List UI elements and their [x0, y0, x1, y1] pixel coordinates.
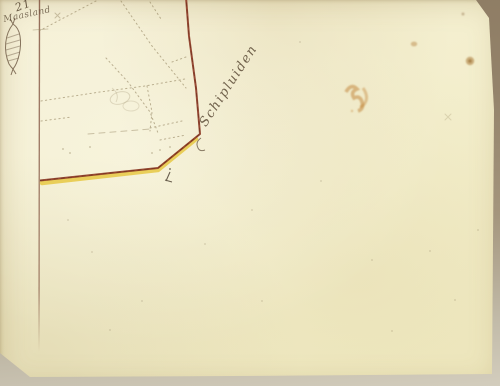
ink-stains	[346, 13, 474, 113]
seal-cartouche	[6, 18, 21, 75]
corner-mark	[165, 168, 172, 182]
label-flourish	[197, 138, 205, 151]
pencil-dots	[62, 146, 171, 154]
pencil-scribbles	[109, 88, 139, 111]
pencil-parcel-sketch	[39, 1, 186, 140]
paper-specks	[67, 41, 479, 332]
margin-line	[39, 0, 40, 352]
scanned-map-page: 21 Maasland Schipluiden	[0, 0, 500, 386]
boundary-highlight-yellow	[42, 139, 196, 183]
boundary-line-texture	[40, 0, 200, 181]
paper-sheet: 21 Maasland Schipluiden	[0, 0, 500, 386]
